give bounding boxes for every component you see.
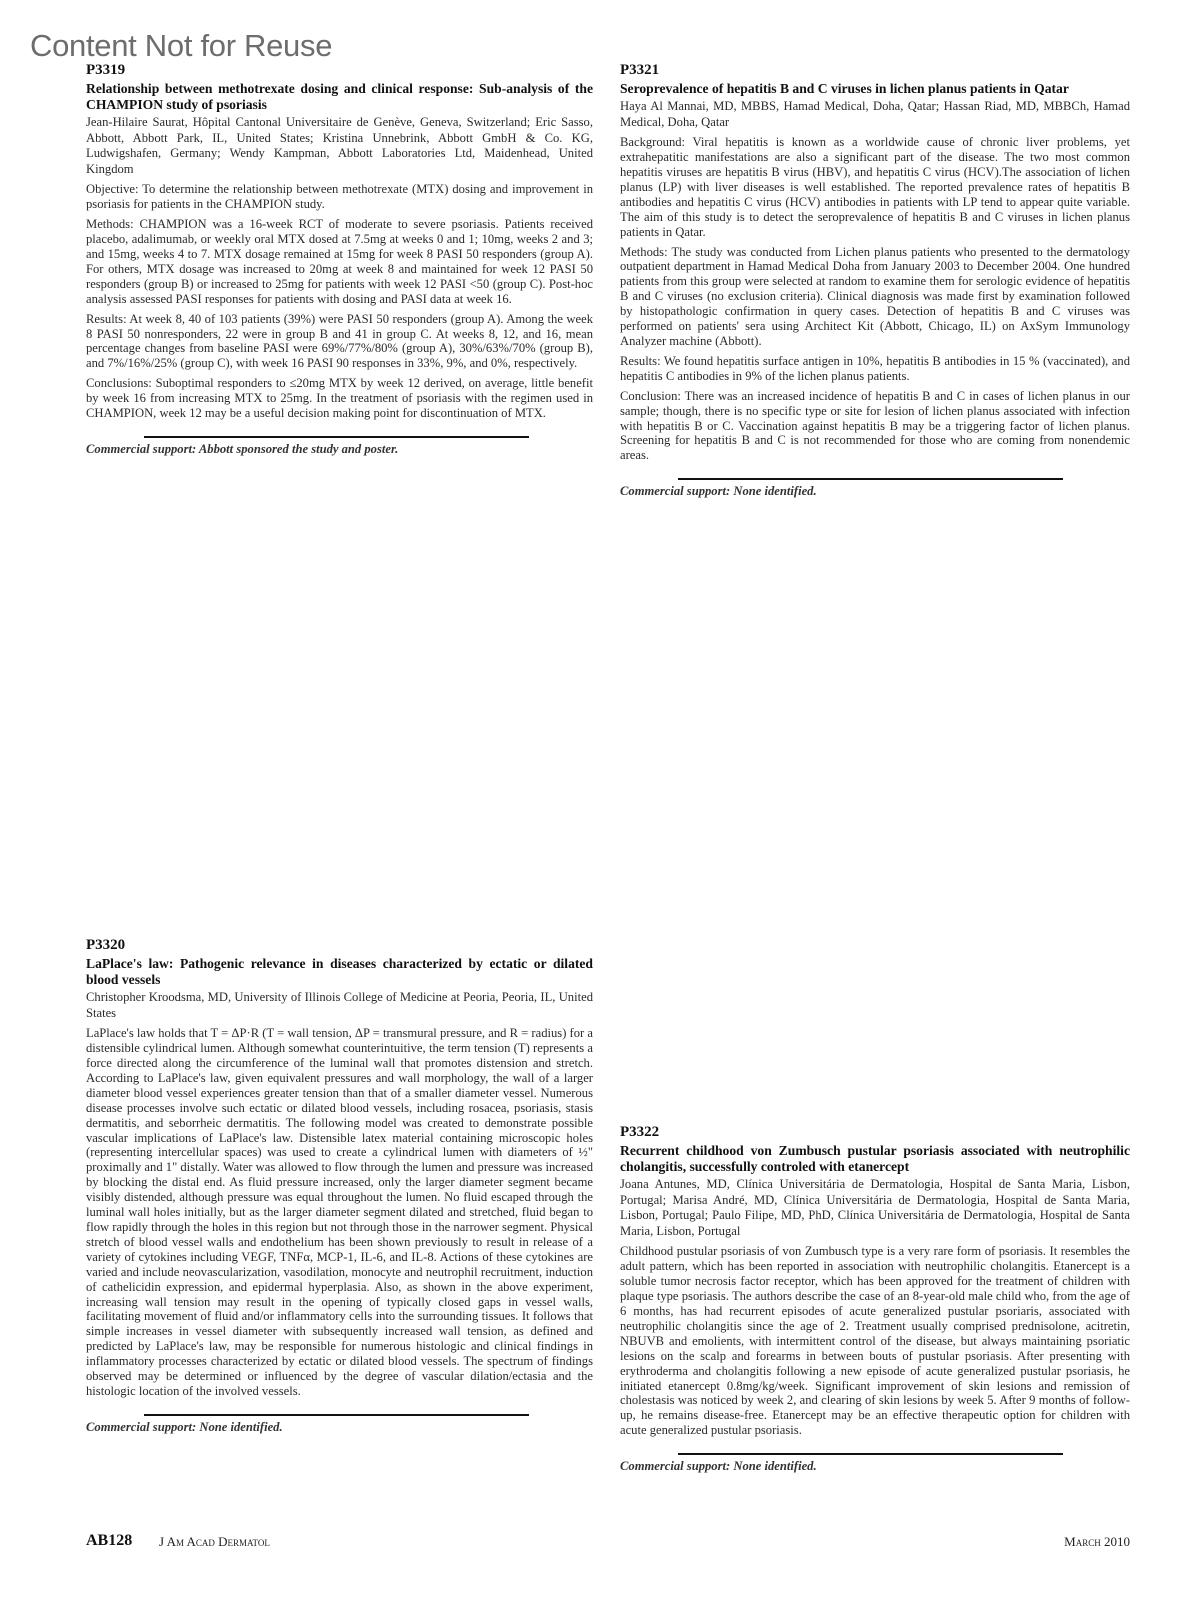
- abstract-methods: Methods: CHAMPION was a 16-week RCT of m…: [86, 217, 593, 306]
- commercial-support: Commercial support: None identified.: [86, 1420, 593, 1435]
- abstract-conclusions: Conclusions: Suboptimal responders to ≤2…: [86, 376, 593, 421]
- abstract-authors: Joana Antunes, MD, Clínica Universitária…: [620, 1177, 1130, 1239]
- abstract-p3322: P3322 Recurrent childhood von Zumbusch p…: [620, 1124, 1130, 1474]
- commercial-support: Commercial support: None identified.: [620, 484, 1130, 499]
- abstract-body: LaPlace's law holds that T = ΔP·R (T = w…: [86, 1026, 593, 1399]
- abstract-objective: Objective: To determine the relationship…: [86, 182, 593, 212]
- issue-date: March 2010: [1064, 1534, 1130, 1550]
- abstract-id: P3322: [620, 1124, 1130, 1141]
- abstract-authors: Christopher Kroodsma, MD, University of …: [86, 990, 593, 1021]
- abstract-authors: Haya Al Mannai, MD, MBBS, Hamad Medical,…: [620, 99, 1130, 130]
- divider-rule: [144, 436, 529, 438]
- abstract-results: Results: We found hepatitis surface anti…: [620, 354, 1130, 384]
- abstract-authors: Jean-Hilaire Saurat, Hôpital Cantonal Un…: [86, 115, 593, 177]
- abstract-title: Recurrent childhood von Zumbusch pustula…: [620, 1143, 1130, 1175]
- commercial-support: Commercial support: None identified.: [620, 1459, 1130, 1474]
- page-footer: AB128 J Am Acad Dermatol March 2010: [86, 1532, 1130, 1552]
- abstract-id: P3321: [620, 62, 1130, 79]
- abstract-title: Relationship between methotrexate dosing…: [86, 81, 593, 113]
- watermark: Content Not for Reuse: [30, 30, 332, 61]
- abstract-conclusion: Conclusion: There was an increased incid…: [620, 389, 1130, 464]
- abstract-p3321: P3321 Seroprevalence of hepatitis B and …: [620, 62, 1130, 499]
- divider-rule: [678, 1453, 1063, 1455]
- abstract-title: Seroprevalence of hepatitis B and C viru…: [620, 81, 1130, 97]
- divider-rule: [678, 478, 1063, 480]
- commercial-support: Commercial support: Abbott sponsored the…: [86, 442, 593, 457]
- abstract-id: P3319: [86, 62, 593, 79]
- abstract-results: Results: At week 8, 40 of 103 patients (…: [86, 312, 593, 372]
- page-number: AB128: [86, 1532, 132, 1550]
- abstract-title: LaPlace's law: Pathogenic relevance in d…: [86, 956, 593, 988]
- abstract-methods: Methods: The study was conducted from Li…: [620, 245, 1130, 349]
- abstract-p3320: P3320 LaPlace's law: Pathogenic relevanc…: [86, 937, 593, 1435]
- abstract-id: P3320: [86, 937, 593, 954]
- abstract-background: Background: Viral hepatitis is known as …: [620, 135, 1130, 239]
- abstract-body: Childhood pustular psoriasis of von Zumb…: [620, 1244, 1130, 1438]
- divider-rule: [144, 1414, 529, 1416]
- journal-name: J Am Acad Dermatol: [159, 1534, 270, 1550]
- abstract-p3319: P3319 Relationship between methotrexate …: [86, 62, 593, 457]
